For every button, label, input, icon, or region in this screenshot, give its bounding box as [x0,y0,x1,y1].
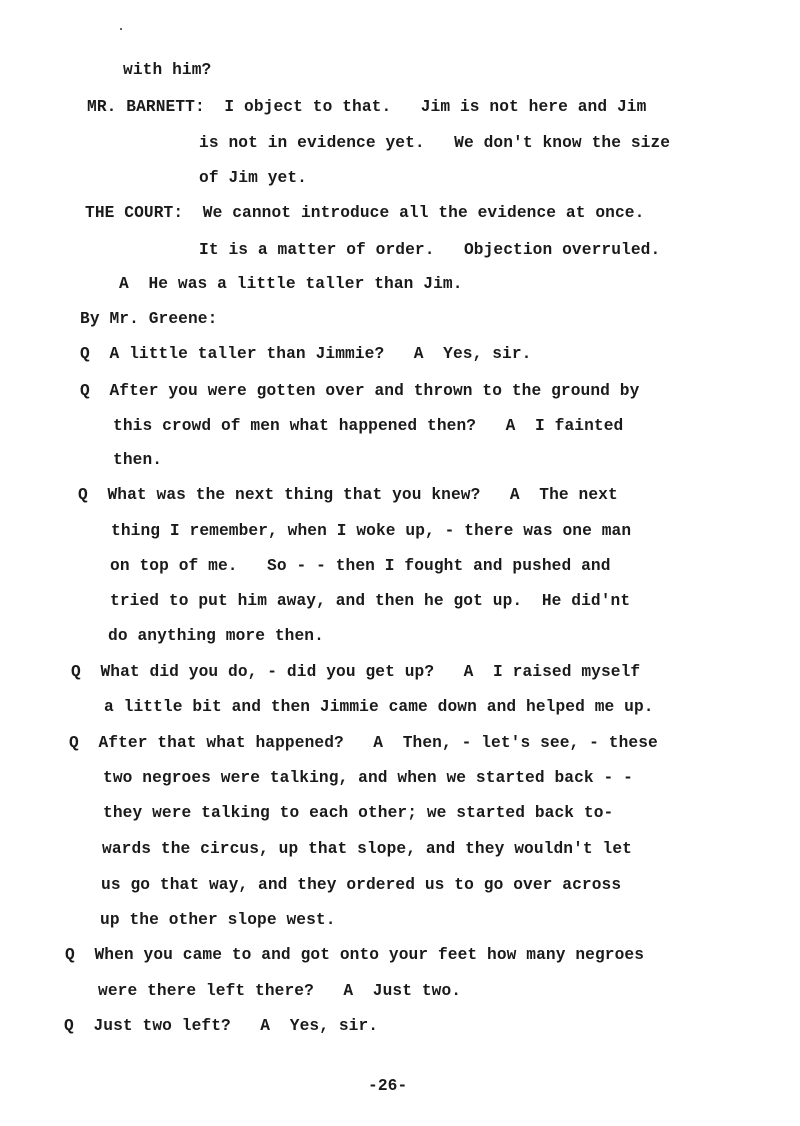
question-text: After that what happened? A Then, - let'… [98,734,657,752]
answer-text: He was a little taller than Jim. [148,275,462,293]
speaker-line-court: THE COURT: We cannot introduce all the e… [85,203,644,223]
question-marker: Q [64,1017,74,1035]
question-text: Just two left? A Yes, sir. [93,1017,378,1035]
line-continuation: up the other slope west. [100,910,336,930]
speaker-label: THE COURT: [85,204,183,222]
line-continuation: on top of me. So - - then I fought and p… [110,556,611,576]
question-marker: Q [71,663,81,681]
question-line: Q What did you do, - did you get up? A I… [71,662,640,682]
line-continuation: of Jim yet. [199,168,307,188]
line-continuation: wards the circus, up that slope, and the… [102,839,632,859]
question-marker: Q [65,946,75,964]
question-marker: Q [69,734,79,752]
question-text: When you came to and got onto your feet … [94,946,644,964]
question-marker: Q [80,345,90,363]
question-text: After you were gotten over and thrown to… [109,382,639,400]
examiner-heading: By Mr. Greene: [80,309,217,329]
speaker-line-barnett: MR. BARNETT: I object to that. Jim is no… [87,97,646,117]
line-continuation: us go that way, and they ordered us to g… [101,875,621,895]
question-line: Q Just two left? A Yes, sir. [64,1016,378,1036]
question-marker: Q [78,486,88,504]
question-marker: Q [80,382,90,400]
page-number: -26- [368,1076,407,1096]
line-continuation: two negroes were talking, and when we st… [103,768,633,788]
line-continuation: were there left there? A Just two. [98,981,461,1001]
transcript-page: with him? MR. BARNETT: I object to that.… [0,0,800,1126]
question-line: Q A little taller than Jimmie? A Yes, si… [80,344,531,364]
line-continuation: thing I remember, when I woke up, - ther… [111,521,631,541]
line-continuation: this crowd of men what happened then? A … [113,416,623,436]
question-line: Q What was the next thing that you knew?… [78,485,618,505]
line-continuation: do anything more then. [108,626,324,646]
line-continuation: with him? [123,60,211,80]
line-continuation: then. [113,450,162,470]
speaker-text: We cannot introduce all the evidence at … [203,204,645,222]
line-continuation: tried to put him away, and then he got u… [110,591,630,611]
question-line: Q After you were gotten over and thrown … [80,381,639,401]
answer-line: A He was a little taller than Jim. [119,274,463,294]
speaker-text: I object to that. Jim is not here and Ji… [224,98,646,116]
line-continuation: they were talking to each other; we star… [103,803,613,823]
speaker-label: MR. BARNETT: [87,98,205,116]
line-continuation: It is a matter of order. Objection overr… [199,240,660,260]
scan-speck [120,28,122,30]
question-text: What was the next thing that you knew? A… [107,486,617,504]
question-text: What did you do, - did you get up? A I r… [100,663,640,681]
question-text: A little taller than Jimmie? A Yes, sir. [109,345,531,363]
question-line: Q When you came to and got onto your fee… [65,945,644,965]
line-continuation: is not in evidence yet. We don't know th… [199,133,670,153]
line-continuation: a little bit and then Jimmie came down a… [104,697,654,717]
answer-marker: A [119,275,129,293]
question-line: Q After that what happened? A Then, - le… [69,733,658,753]
